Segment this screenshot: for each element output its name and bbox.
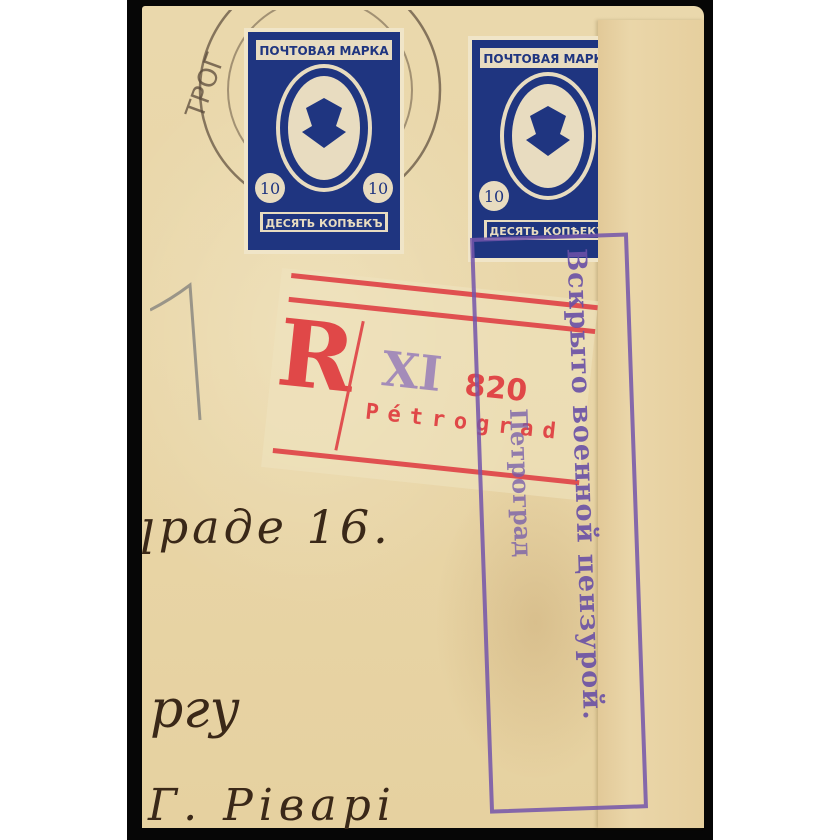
censor-handstamp: Вскрыто военной цензурой. Петроград [470, 232, 648, 813]
svg-text:10: 10 [260, 179, 280, 198]
registration-overprint: XI [379, 341, 444, 403]
handwriting-line-1: ꞁрадe 16. [140, 500, 392, 554]
svg-text:ПОЧТОВАЯ МАРКА: ПОЧТОВАЯ МАРКА [483, 52, 598, 66]
svg-text:ТРОГ: ТРОГ [180, 48, 232, 123]
handwriting-line-3: Г. Рiварi [148, 780, 397, 831]
censor-text: Вскрыто военной цензурой. [560, 248, 607, 721]
stamp-10-kopek-right: ПОЧТОВАЯ МАРКА 10 ДЕСЯТЬ КОПѢЕКЪ [468, 36, 598, 262]
svg-text:10: 10 [368, 179, 388, 198]
svg-text:10: 10 [484, 187, 504, 206]
censor-city: Петроград [504, 408, 538, 558]
stamp-10-kopek-left: ПОЧТОВАЯ МАРКА 10 10 ДЕСЯТЬ КОПѢЕКЪ [244, 28, 404, 254]
svg-text:ДЕСЯТЬ КОПѢЕКЪ: ДЕСЯТЬ КОПѢЕКЪ [265, 217, 382, 230]
handwriting-line-2: ргу [150, 680, 240, 740]
pencil-mark [150, 280, 210, 430]
photo-scene: ТРОГ ПОЧТОВАЯ МАРКА 10 10 ДЕСЯТЬ КОПѢЕКЪ… [0, 0, 840, 840]
svg-text:ПОЧТОВАЯ МАРКА: ПОЧТОВАЯ МАРКА [259, 44, 389, 58]
